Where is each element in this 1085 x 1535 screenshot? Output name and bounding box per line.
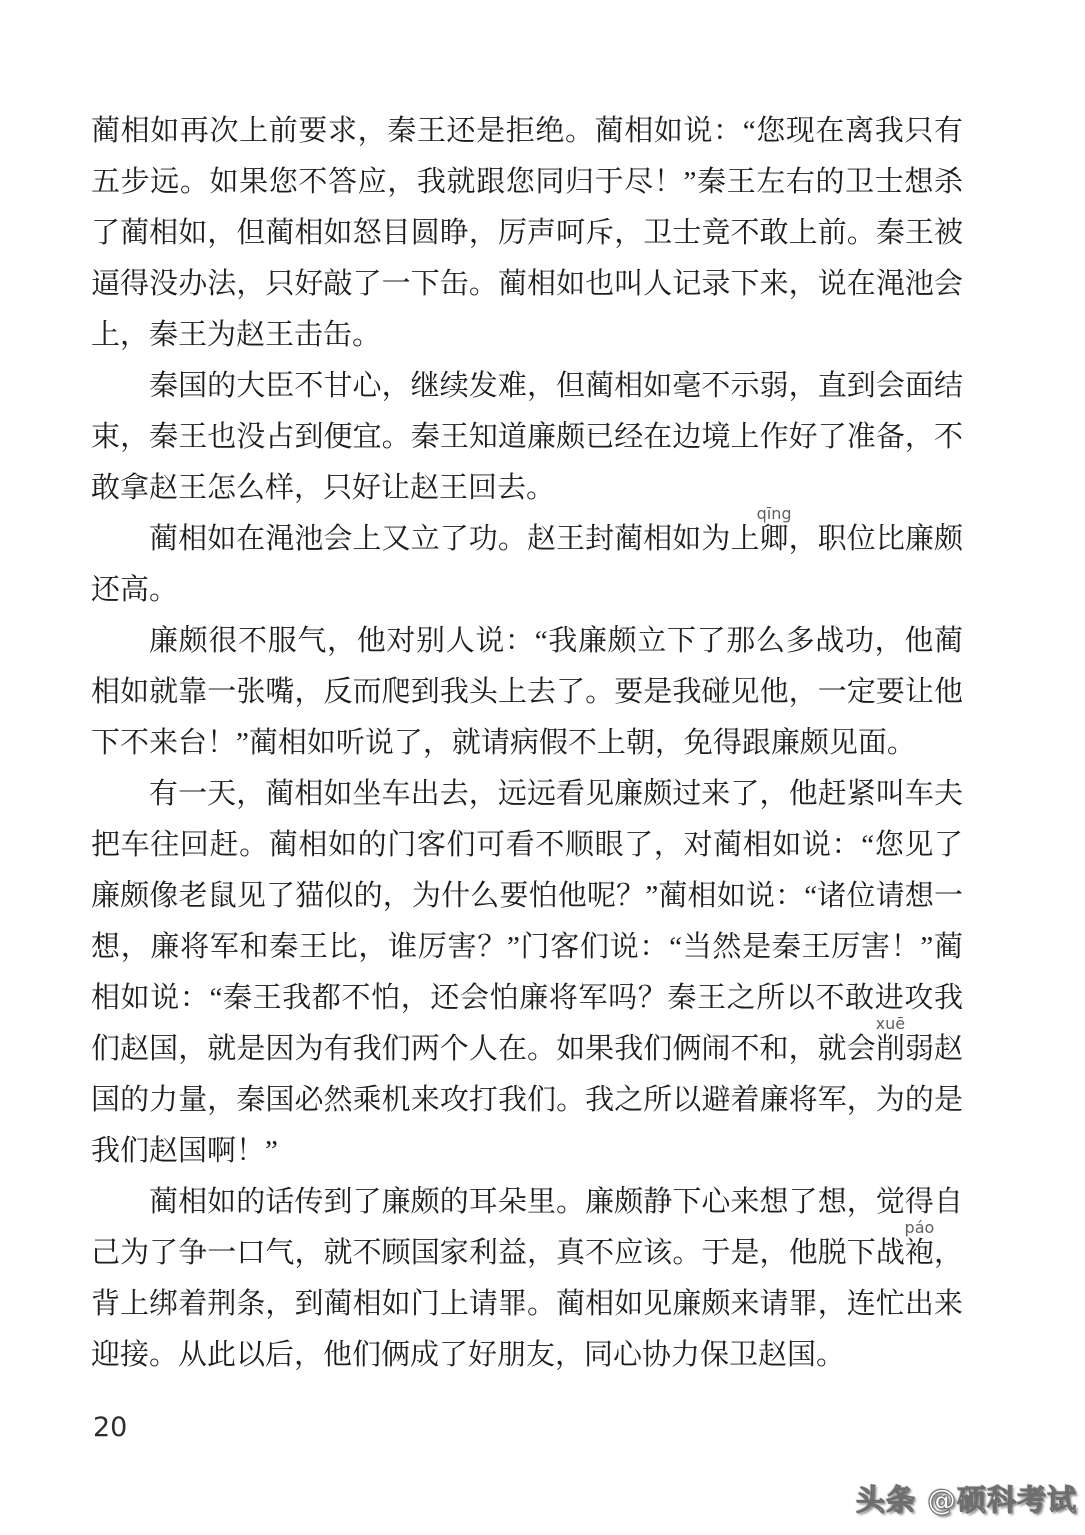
pinyin-annotated-char: 袍páo (905, 1237, 934, 1269)
pinyin-label: qīng (757, 506, 792, 522)
article-text: 蔺相如再次上前要求，秦王还是拒绝。蔺相如说：“您现在离我只有五步远。如果您不答应… (91, 106, 963, 1381)
pinyin-annotated-char: 削xuē (876, 1033, 905, 1065)
paragraph: 廉颇很不服气，他对别人说：“我廉颇立下了那么多战功，他蔺相如就靠一张嘴，反而爬到… (91, 616, 963, 769)
pinyin-label: páo (905, 1220, 935, 1236)
paragraph: 蔺相如再次上前要求，秦王还是拒绝。蔺相如说：“您现在离我只有五步远。如果您不答应… (91, 106, 963, 361)
paragraph: 秦国的大臣不甘心，继续发难，但蔺相如毫不示弱，直到会面结束，秦王也没占到便宜。秦… (91, 361, 963, 514)
pinyin-annotated-char: 卿qīng (760, 523, 789, 555)
document-page: 蔺相如再次上前要求，秦王还是拒绝。蔺相如说：“您现在离我只有五步远。如果您不答应… (0, 0, 1085, 1535)
paragraph: 蔺相如的话传到了廉颇的耳朵里。廉颇静下心来想了想，觉得自己为了争一口气，就不顾国… (91, 1177, 963, 1381)
page-number: 20 (93, 1412, 127, 1443)
watermark-text: 头条 @硕科考试 (856, 1478, 1077, 1519)
paragraph: 蔺相如在渑池会上又立了功。赵王封蔺相如为上卿qīng，职位比廉颇还高。 (91, 514, 963, 616)
paragraph: 有一天，蔺相如坐车出去，远远看见廉颇过来了，他赶紧叫车夫把车往回赶。蔺相如的门客… (91, 769, 963, 1177)
pinyin-label: xuē (876, 1016, 905, 1032)
